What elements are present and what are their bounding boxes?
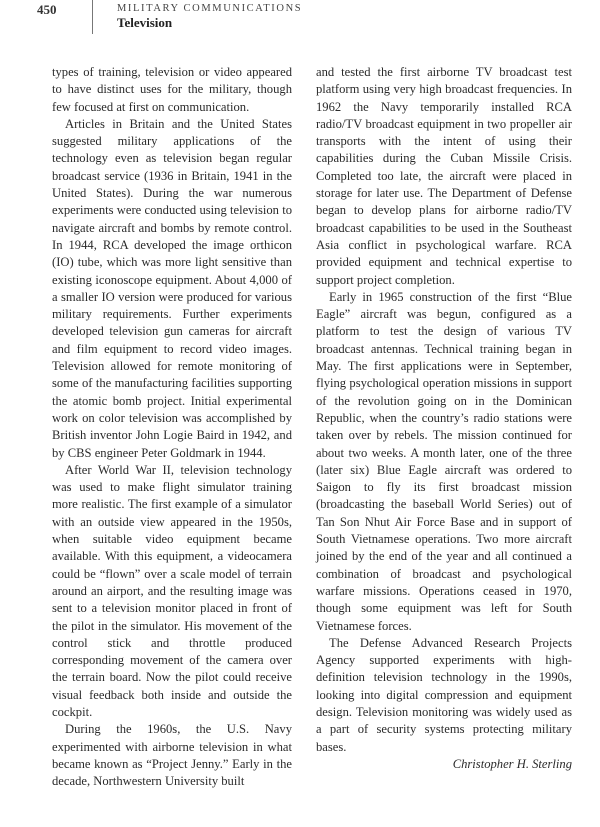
paragraph: During the 1960s, the U.S. Navy experime… (52, 721, 292, 790)
page-header: 450 MILITARY COMMUNICATIONS Television (0, 0, 600, 40)
paragraph: After World War II, television technolog… (52, 462, 292, 721)
left-column: types of training, television or video a… (52, 64, 292, 790)
header-divider (92, 0, 93, 34)
right-column: and tested the first airborne TV broadca… (316, 64, 572, 773)
running-title: MILITARY COMMUNICATIONS (117, 3, 302, 14)
paragraph: Early in 1965 construction of the first … (316, 289, 572, 635)
paragraph: and tested the first airborne TV broadca… (316, 64, 572, 289)
author-signature: Christopher H. Sterling (316, 756, 572, 773)
page-number: 450 (37, 2, 57, 18)
paragraph: types of training, television or video a… (52, 64, 292, 116)
section-title: Television (117, 15, 172, 31)
paragraph: Articles in Britain and the United State… (52, 116, 292, 462)
paragraph: The Defense Advanced Research Projects A… (316, 635, 572, 756)
